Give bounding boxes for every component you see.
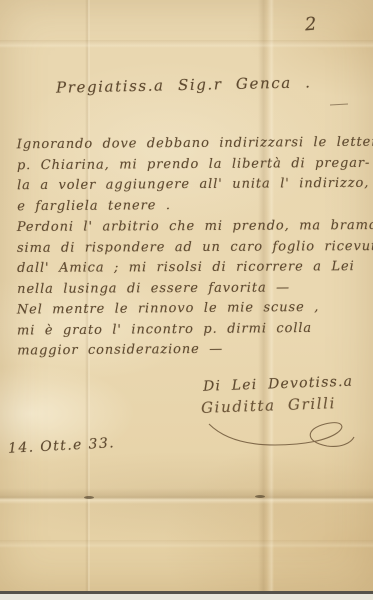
fold-nick bbox=[84, 496, 94, 499]
handwritten-line: Perdoni l' arbitrio che mi prendo, ma br… bbox=[17, 216, 362, 238]
handwritten-line: Ignorando dove debbano indirizzarsi le l… bbox=[17, 133, 362, 156]
handwritten-line: e fargliela tenere . bbox=[17, 194, 362, 217]
dateline: 14. Ott.e 33. bbox=[8, 435, 116, 457]
handwritten-line: maggior considerazione — bbox=[17, 338, 362, 362]
fold-nick bbox=[255, 495, 265, 498]
salutation-line: Pregiatiss.a Sig.r Genca . bbox=[56, 73, 312, 96]
fold-crease-horizontal-main bbox=[0, 488, 373, 504]
signature-flourish bbox=[205, 418, 357, 452]
handwritten-line: mi è grato l' incontro p. dirmi colla bbox=[17, 318, 362, 342]
valediction: Di Lei Devotiss.a bbox=[203, 373, 363, 395]
handwritten-line: la a voler aggiungere all' unita l' indi… bbox=[17, 174, 362, 197]
handwritten-line: p. Chiarina, mi prendo la libertà di pre… bbox=[17, 153, 362, 176]
signature: Giuditta Grilli bbox=[201, 393, 364, 417]
fold-crease-horizontal-top bbox=[0, 40, 373, 48]
handwritten-line: sima di rispondere ad un caro foglio ric… bbox=[17, 237, 362, 259]
letter-paper: 2 Pregiatiss.a Sig.r Genca . Ignorando d… bbox=[0, 0, 373, 591]
fold-crease-horizontal-low bbox=[0, 540, 373, 548]
handwritten-line: Nel mentre le rinnovo le mie scuse , bbox=[17, 297, 362, 321]
paragraph-3: Nel mentre le rinnovo le mie scuse , mi … bbox=[17, 297, 363, 362]
page-number: 2 bbox=[304, 14, 318, 36]
paragraph-1: Ignorando dove debbano indirizzarsi le l… bbox=[17, 133, 363, 217]
closing-block: Di Lei Devotiss.a Giuditta Grilli bbox=[203, 376, 363, 414]
pen-stroke bbox=[330, 104, 348, 106]
scan-background bbox=[0, 594, 373, 600]
handwritten-line: nella lusinga di essere favorita — bbox=[17, 278, 362, 300]
handwritten-line: dall' Amica ; mi risolsi di ricorrere a … bbox=[17, 257, 362, 279]
letter-scan: 2 Pregiatiss.a Sig.r Genca . Ignorando d… bbox=[0, 0, 373, 600]
paragraph-2: Perdoni l' arbitrio che mi prendo, ma br… bbox=[17, 216, 362, 300]
